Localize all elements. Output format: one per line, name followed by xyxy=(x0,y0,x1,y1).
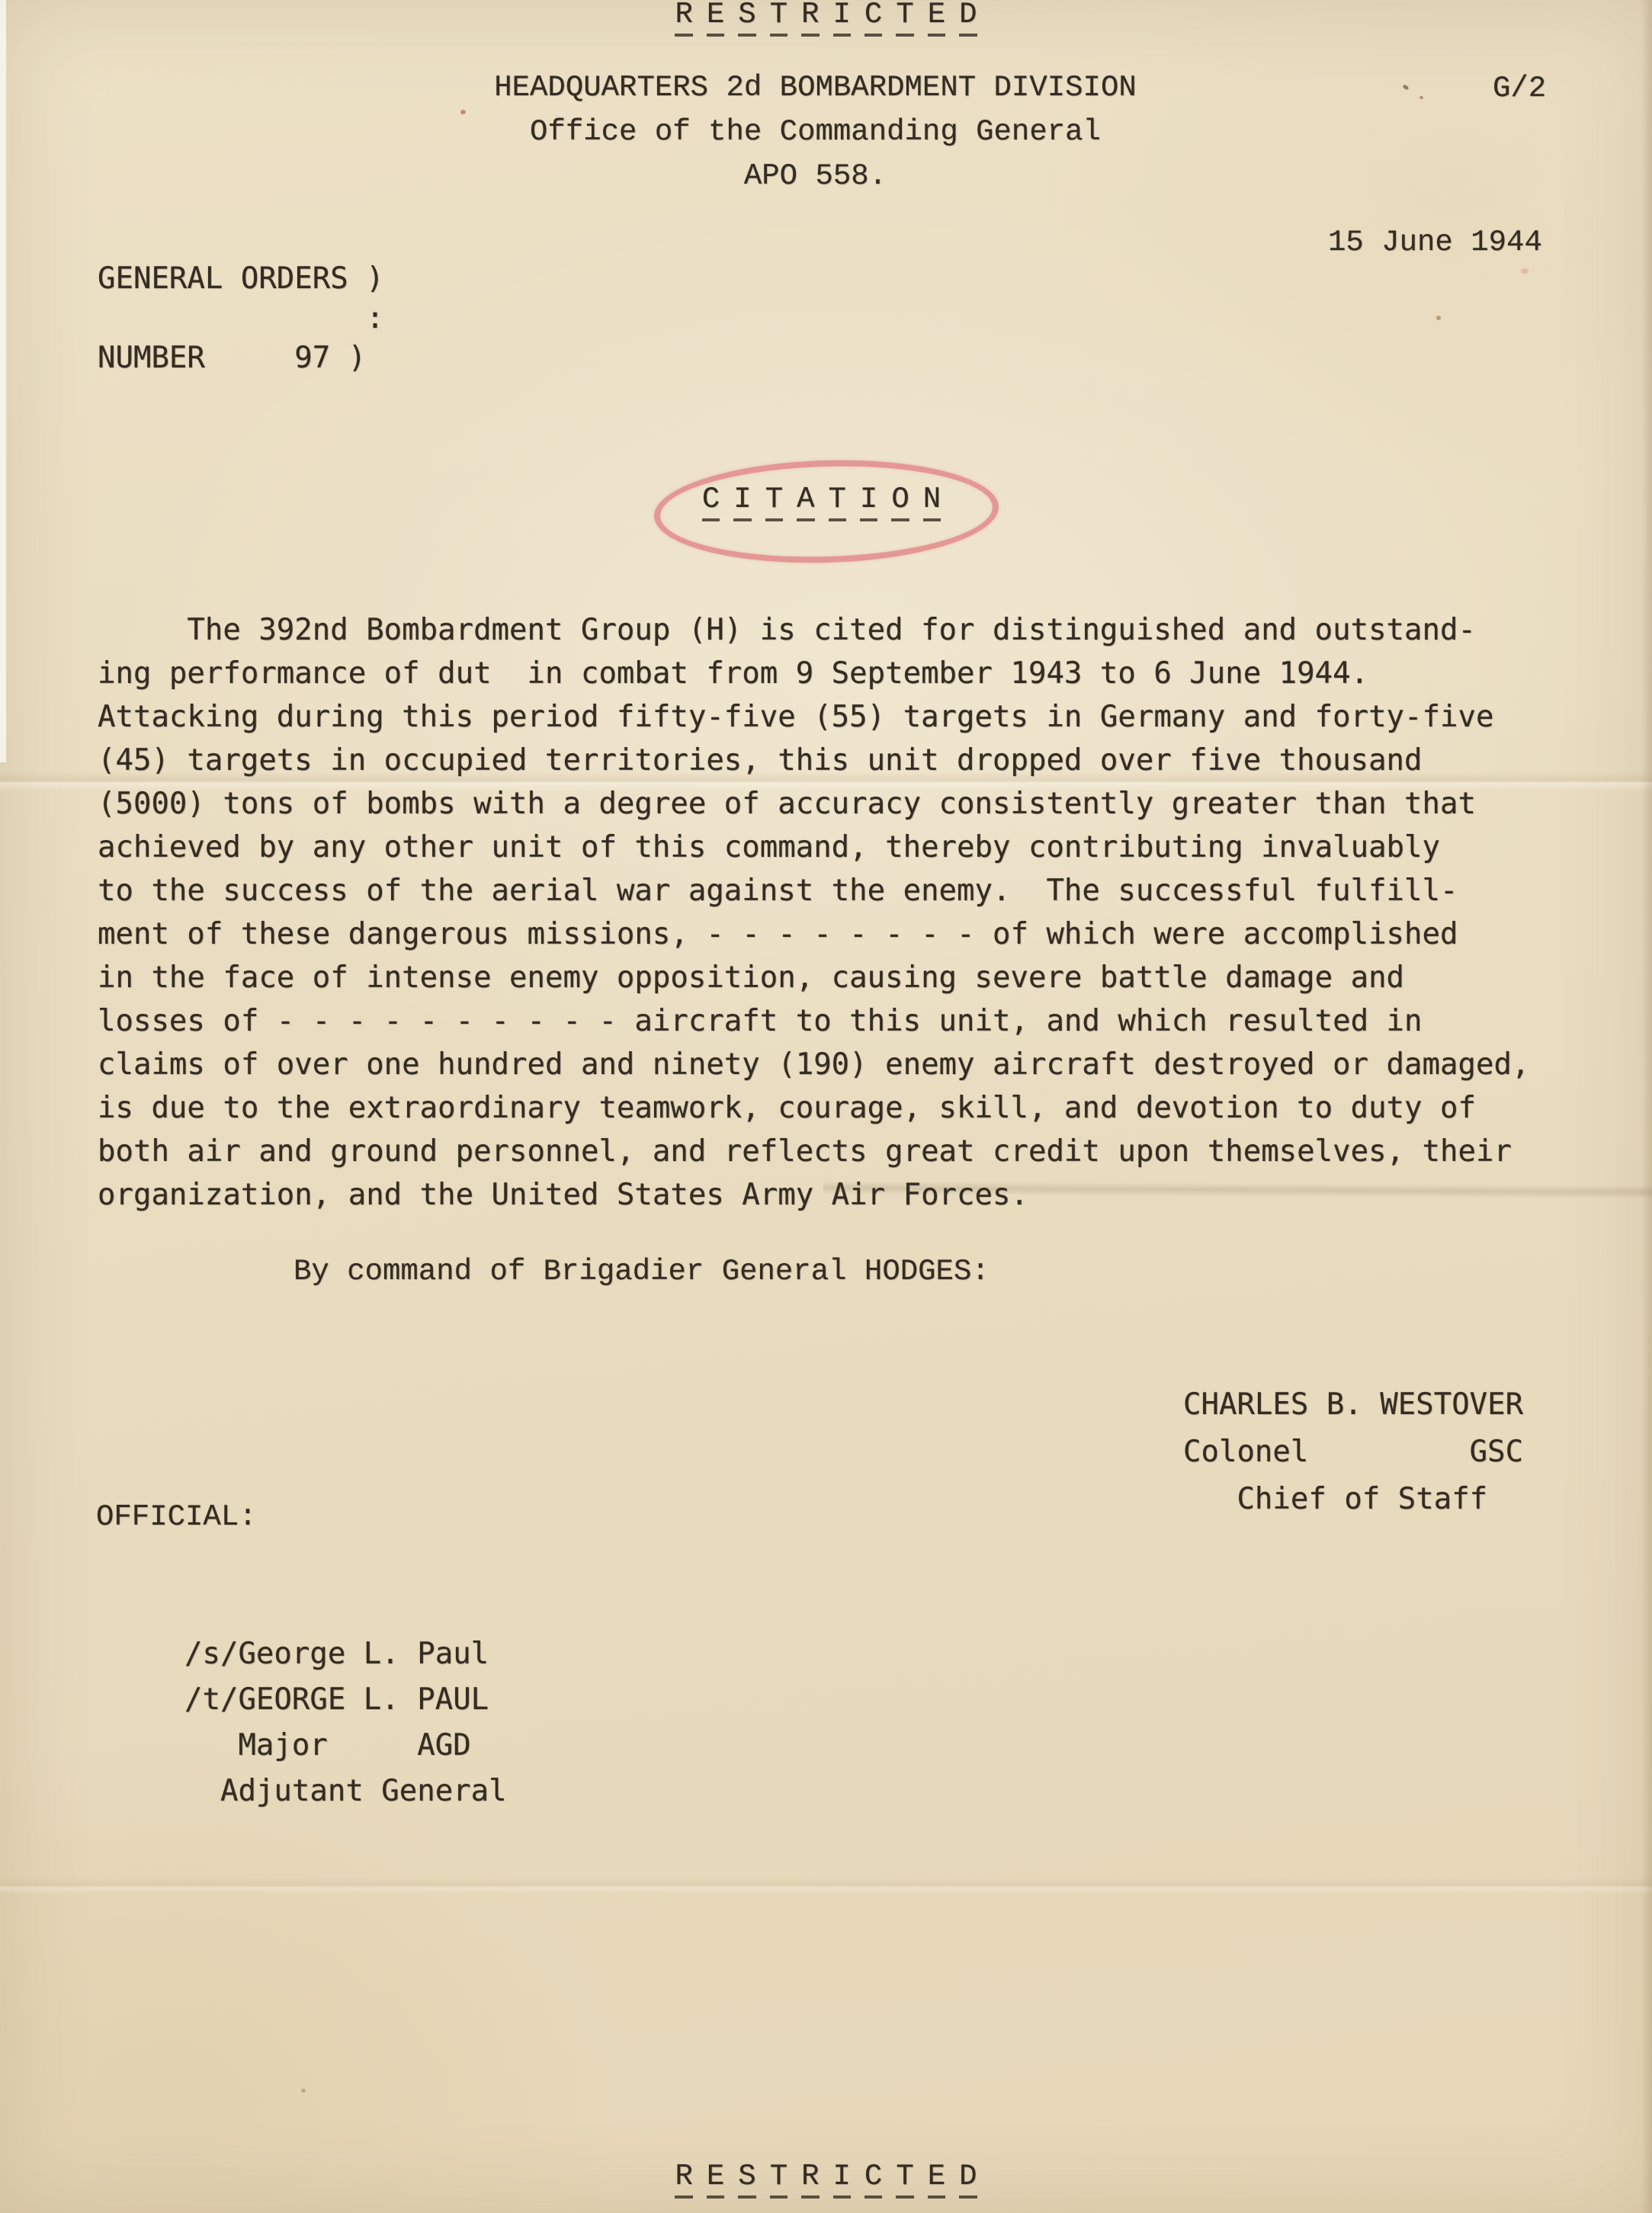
paper-speck xyxy=(301,2089,306,2093)
fold-crease xyxy=(0,1877,1652,1894)
letterhead: HEADQUARTERS 2d BOMBARDMENT DIVISION Off… xyxy=(0,66,1641,198)
paper-speck xyxy=(1521,268,1529,274)
citation-heading: CITATION xyxy=(0,485,1647,521)
general-orders-block: GENERAL ORDERS ) : NUMBER 97 ) xyxy=(98,259,384,378)
letterhead-office: Office of the Commanding General xyxy=(0,110,1641,154)
letterhead-unit: HEADQUARTERS 2d BOMBARDMENT DIVISION xyxy=(0,66,1641,110)
signature-block-adjutant-general: /s/George L. Paul /t/GEORGE L. PAUL Majo… xyxy=(184,1631,507,1814)
classification-banner-bottom: RESTRICTED xyxy=(0,2162,1652,2199)
signature-block-chief-of-staff: CHARLES B. WESTOVER Colonel GSC Chief of… xyxy=(1183,1381,1523,1523)
official-label: OFFICIAL: xyxy=(96,1496,257,1539)
paper-speck xyxy=(1436,316,1441,320)
command-line: By command of Brigadier General HODGES: xyxy=(294,1250,990,1294)
scanned-document-page: RESTRICTED HEADQUARTERS 2d BOMBARDMENT D… xyxy=(0,0,1652,2213)
office-symbol: G/2 xyxy=(1493,67,1546,111)
scan-edge xyxy=(1641,0,1652,2213)
citation-body: The 392nd Bombardment Group (H) is cited… xyxy=(98,608,1529,1217)
document-date: 15 June 1944 xyxy=(1328,221,1542,265)
letterhead-apo: APO 558. xyxy=(0,154,1641,198)
classification-banner-top: RESTRICTED xyxy=(0,0,1652,37)
